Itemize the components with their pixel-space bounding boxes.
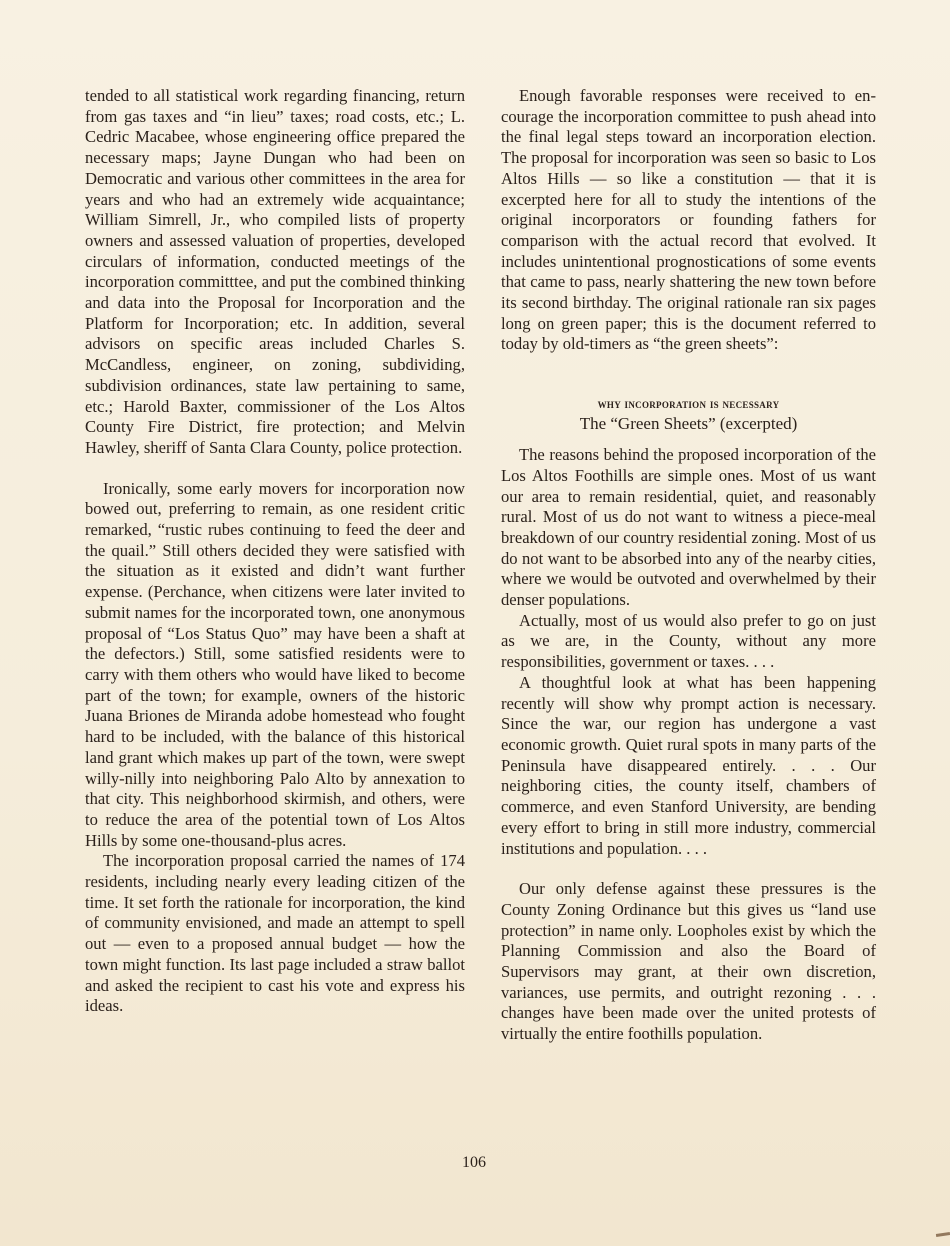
paragraph-favorable-responses: Enough favorable responses were received… (501, 86, 876, 355)
paragraph-committee-members: tended to all statistical work regarding… (85, 86, 465, 459)
excerpt-heading: WHY INCORPORATION IS NECESSARY The “Gree… (501, 395, 876, 435)
excerpt-subtitle: The “Green Sheets” (excerpted) (501, 413, 876, 435)
page-corner-mark (936, 1232, 950, 1237)
paragraph-incorporation-proposal: The incorporation proposal carried the n… (85, 851, 465, 1017)
excerpt-kicker: WHY INCORPORATION IS NECESSARY (501, 395, 876, 413)
excerpt-paragraph-only-defense: Our only defense against these pressures… (501, 879, 876, 1045)
book-page: tended to all statistical work regarding… (0, 0, 950, 1246)
left-column: tended to all statistical work regarding… (85, 86, 465, 1017)
excerpt-paragraph-actually: Actually, most of us would also prefer t… (501, 611, 876, 673)
excerpt-paragraph-thoughtful-look: A thoughtful look at what has been happe… (501, 673, 876, 859)
page-number: 106 (462, 1154, 486, 1172)
excerpt-paragraph-reasons: The reasons behind the proposed incorpor… (501, 445, 876, 611)
paragraph-early-movers: Ironically, some early movers for incorp… (85, 479, 465, 852)
green-sheets-excerpt: The reasons behind the proposed incorpor… (501, 445, 876, 1045)
right-column: Enough favorable responses were received… (501, 86, 876, 1045)
